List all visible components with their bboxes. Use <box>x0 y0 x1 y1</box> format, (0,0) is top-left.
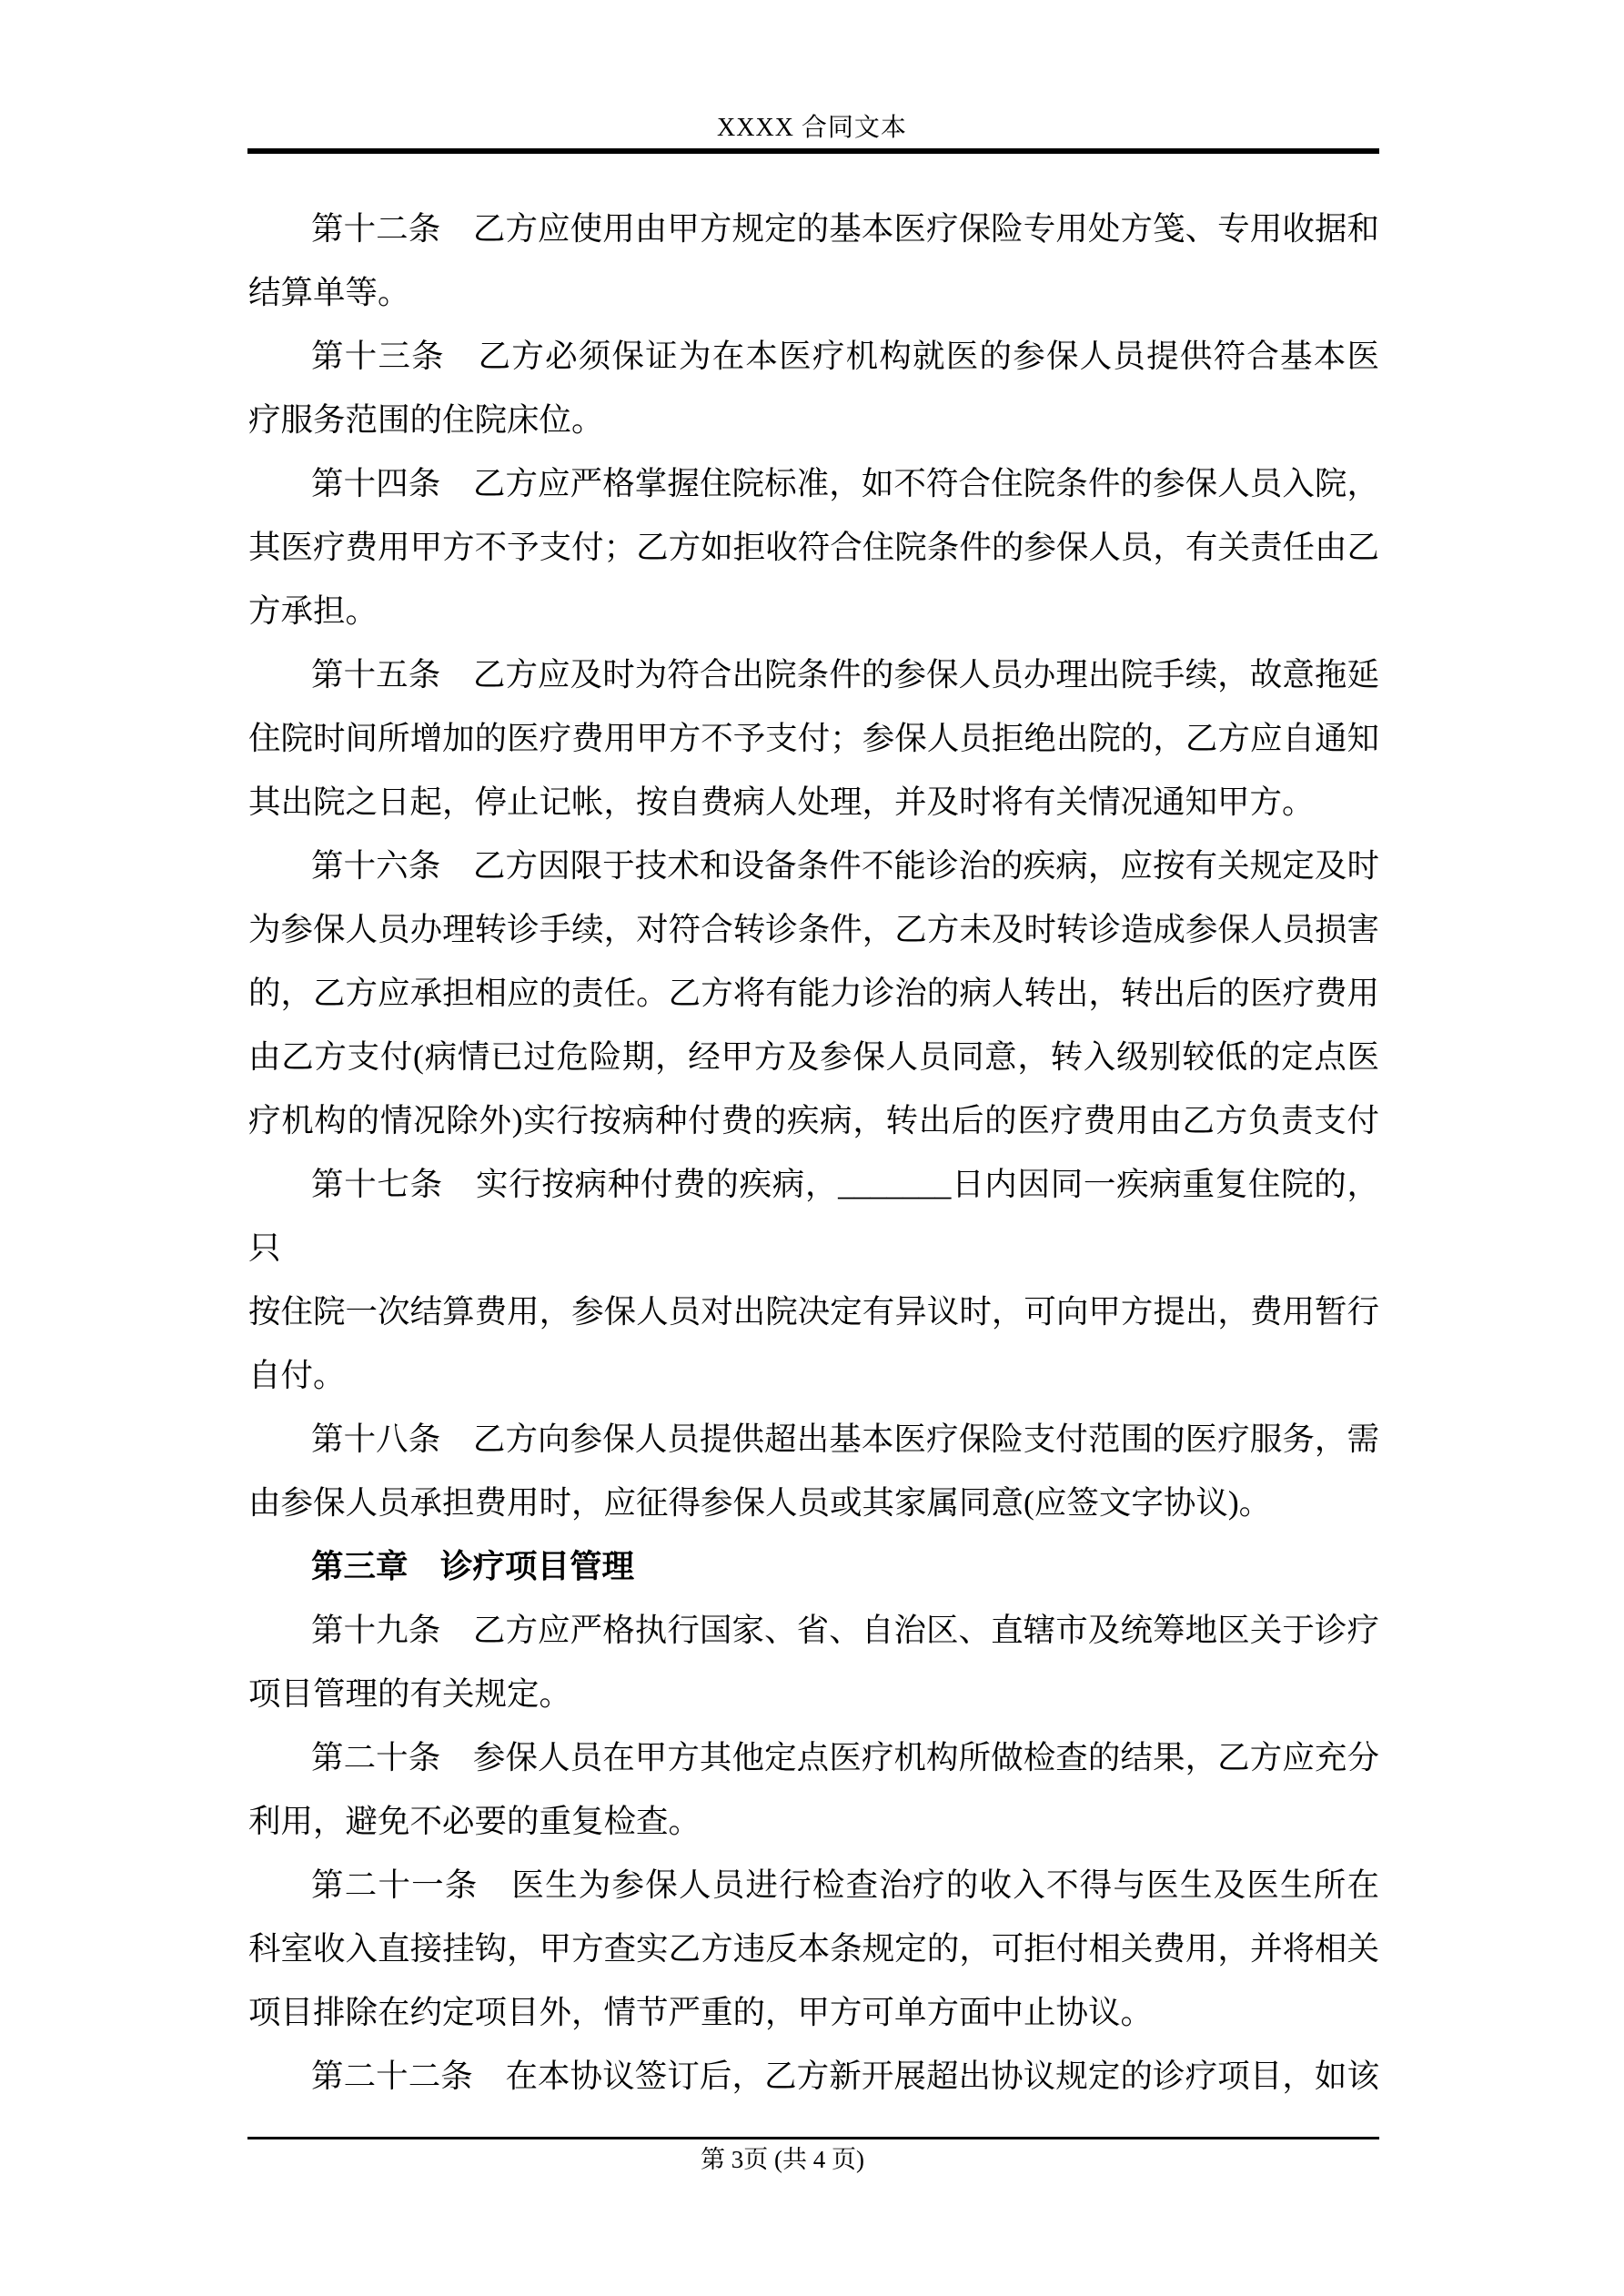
body-line: 疗机构的情况除外)实行按病种付费的疾病，转出后的医疗费用由乙方负责支付 <box>248 1088 1379 1152</box>
body-line: 由参保人员承担费用时，应征得参保人员或其家属同意(应签文字协议)。 <box>248 1471 1379 1534</box>
contract-page: XXXX 合同文本 第十二条 乙方应使用由甲方规定的基本医疗保险专用处方笺、专用… <box>0 0 1624 2296</box>
body-line: 住院时间所增加的医疗费用甲方不予支付；参保人员拒绝出院的，乙方应自通知 <box>248 706 1379 770</box>
footer-rule <box>247 2137 1379 2139</box>
body-line: 自付。 <box>248 1343 1379 1407</box>
body-line: 第二十二条 在本协议签订后，乙方新开展超出协议规定的诊疗项目，如该 <box>248 2044 1379 2108</box>
body-line: 方承担。 <box>248 579 1379 642</box>
body-line: 第十五条 乙方应及时为符合出院条件的参保人员办理出院手续，故意拖延 <box>248 642 1379 706</box>
page-number: 第 3页 (共 4 页) <box>0 2144 1565 2175</box>
body-line: 第十八条 乙方向参保人员提供超出基本医疗保险支付范围的医疗服务，需 <box>248 1407 1379 1471</box>
body-line: 疗服务范围的住院床位。 <box>248 388 1379 451</box>
body-line: 由乙方支付(病情已过危险期，经甲方及参保人员同意，转入级别较低的定点医 <box>248 1025 1379 1088</box>
body-line: 按住院一次结算费用，参保人员对出院决定有异议时，可向甲方提出，费用暂行 <box>248 1279 1379 1343</box>
body-line: 其医疗费用甲方不予支付；乙方如拒收符合住院条件的参保人员，有关责任由乙 <box>248 515 1379 579</box>
body-line: 科室收入直接挂钩，甲方查实乙方违反本条规定的，可拒付相关费用，并将相关 <box>248 1917 1379 1980</box>
body-line: 第二十一条 医生为参保人员进行检查治疗的收入不得与医生及医生所在 <box>248 1853 1379 1917</box>
body-line: 第十二条 乙方应使用由甲方规定的基本医疗保险专用处方笺、专用收据和 <box>248 197 1379 260</box>
body-line: 利用，避免不必要的重复检查。 <box>248 1789 1379 1853</box>
body-line: 第十七条 实行按病种付费的疾病，_______日内因同一疾病重复住院的，只 <box>248 1152 1379 1279</box>
body-line: 结算单等。 <box>248 260 1379 324</box>
body-line: 第二十条 参保人员在甲方其他定点医疗机构所做检查的结果，乙方应充分 <box>248 1725 1379 1789</box>
body-line: 项目管理的有关规定。 <box>248 1662 1379 1725</box>
body-line: 项目排除在约定项目外，情节严重的，甲方可单方面中止协议。 <box>248 1980 1379 2044</box>
body-line: 为参保人员办理转诊手续，对符合转诊条件，乙方未及时转诊造成参保人员损害 <box>248 897 1379 961</box>
body-line: 第十九条 乙方应严格执行国家、省、自治区、直辖市及统筹地区关于诊疗 <box>248 1598 1379 1662</box>
body-line: 第十三条 乙方必须保证为在本医疗机构就医的参保人员提供符合基本医 <box>248 324 1379 388</box>
body-line: 第十四条 乙方应严格掌握住院标准，如不符合住院条件的参保人员入院， <box>248 451 1379 515</box>
document-body: 第十二条 乙方应使用由甲方规定的基本医疗保险专用处方笺、专用收据和结算单等。第十… <box>248 197 1379 2108</box>
header-title: XXXX 合同文本 <box>0 115 1624 142</box>
header-rule <box>247 148 1379 154</box>
body-line: 其出院之日起，停止记帐，按自费病人处理，并及时将有关情况通知甲方。 <box>248 770 1379 834</box>
chapter-heading: 第三章 诊疗项目管理 <box>248 1534 1379 1598</box>
body-line: 的，乙方应承担相应的责任。乙方将有能力诊治的病人转出，转出后的医疗费用 <box>248 961 1379 1025</box>
body-line: 第十六条 乙方因限于技术和设备条件不能诊治的疾病，应按有关规定及时 <box>248 834 1379 897</box>
